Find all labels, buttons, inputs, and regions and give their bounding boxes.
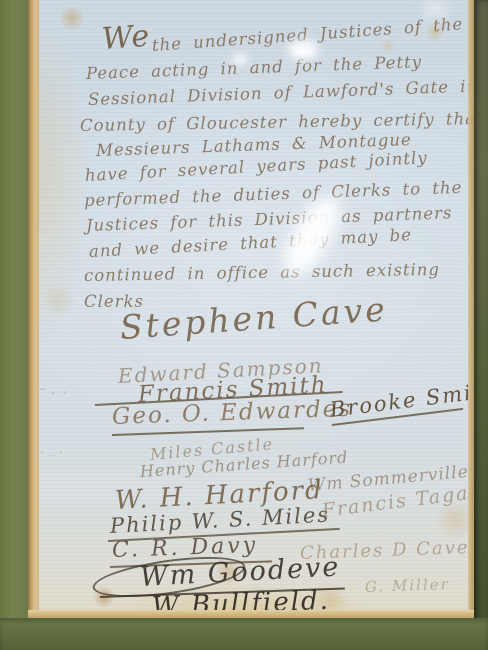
body-line: the undersigned Justices of the [151,14,463,55]
faint-ghost-marks: ~ , ., [36,381,68,397]
framed-document-photo: We the undersigned Justices of the Peace… [0,0,488,650]
signature-g-miller: G. Miller [365,575,450,596]
frame-mat-right [474,0,488,650]
frame-mat-left [0,0,28,650]
faint-ghost-marks: . _ . [40,442,63,457]
frame-liner-bottom [28,610,474,618]
opening-initial: We [101,19,151,57]
signature-stephen-cave: Stephen Cave [119,289,389,347]
body-line: continued in office as such existing [84,260,440,285]
glass-glare [424,2,446,16]
body-line: County of Gloucester hereby certify that [80,109,484,135]
body-line: Peace acting in and for the Petty [86,52,423,83]
frame-liner-left [28,0,39,650]
frame-mat-bottom [0,618,488,650]
